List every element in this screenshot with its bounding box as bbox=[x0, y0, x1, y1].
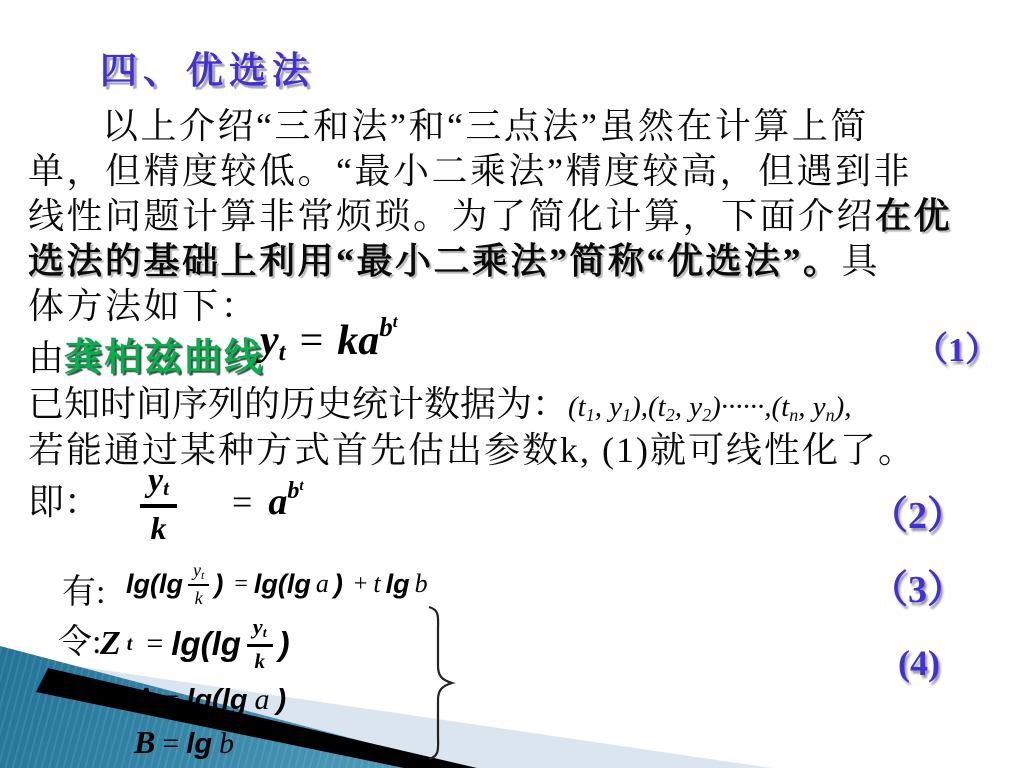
sub-t: t bbox=[201, 568, 204, 582]
lg-operator: lg bbox=[386, 569, 410, 600]
var-y: y bbox=[148, 462, 163, 499]
paragraph-text: 体方法如下： bbox=[28, 286, 259, 326]
sup-t: t bbox=[299, 478, 303, 494]
var-t: t bbox=[373, 569, 380, 599]
paragraph-text: 具 bbox=[842, 241, 881, 281]
close-paren: ) bbox=[334, 569, 343, 600]
lg-operator: lg(lg bbox=[254, 569, 311, 600]
equals-sign: = bbox=[162, 683, 179, 717]
var-a: a bbox=[254, 683, 269, 717]
lg-operator: lg(lg bbox=[171, 625, 241, 663]
close-paren: ) bbox=[276, 684, 286, 717]
seq-part: ), bbox=[835, 391, 852, 423]
sub-t: t bbox=[279, 339, 286, 366]
paragraph-line: 线性问题计算非常烦琐。为了简化计算，下面介绍在优 bbox=[28, 194, 1022, 239]
series-sequence: (t1, y1),(t2, y2)······,(tn, yn), bbox=[568, 391, 852, 423]
paragraph-bold-text: 选法的基础上利用“最小二乘法”简称“优选法”。 bbox=[28, 241, 842, 281]
sup-b: b bbox=[287, 478, 299, 504]
sub-t: t bbox=[127, 633, 133, 656]
paragraph-bold-text: 在优 bbox=[875, 196, 952, 236]
sub-t: t bbox=[163, 476, 169, 500]
lead-text: 由 bbox=[28, 338, 64, 378]
slide-title: 四、优选法 bbox=[100, 40, 315, 94]
eq3-lead: 有: bbox=[62, 564, 105, 613]
sub-t: t bbox=[263, 626, 267, 641]
close-paren: ) bbox=[214, 569, 223, 600]
var-k: k bbox=[255, 647, 266, 674]
eq-label-2: （2） bbox=[870, 484, 965, 539]
var-b: b bbox=[219, 727, 234, 761]
paragraph-line: 单，但精度较低。“最小二乘法”精度较高，但遇到非 bbox=[28, 149, 1022, 194]
paragraph-text: 以上介绍“三和法”和“三点法”虽然在计算上简 bbox=[102, 106, 869, 146]
series-data-line: 已知时间序列的历史统计数据为：(t1, y1),(t2, y2)······,(… bbox=[28, 376, 852, 427]
gompertz-curve-name: 龚柏兹曲线 bbox=[64, 337, 264, 379]
eq2-right-side: =abt bbox=[232, 478, 303, 524]
seq-part: , y bbox=[798, 391, 825, 423]
eq4-lead: 令: bbox=[58, 614, 101, 663]
eq-label-4: (4) bbox=[898, 642, 940, 684]
var-y: y bbox=[260, 318, 279, 364]
seq-part: ),(t bbox=[631, 391, 666, 423]
var-b: b bbox=[415, 569, 428, 599]
seq-part: (t bbox=[568, 391, 586, 423]
gompertz-curve-line: 由龚柏兹曲线 bbox=[28, 326, 264, 381]
eq2-lead: 即： bbox=[28, 474, 100, 525]
seq-part: , y bbox=[675, 391, 702, 423]
paragraph-text: 单，但精度较低。“最小二乘法”精度较高，但遇到非 bbox=[28, 151, 912, 191]
grouping-brace bbox=[424, 604, 458, 764]
var-Z: Z bbox=[100, 625, 121, 663]
paragraph-line: 以上介绍“三和法”和“三点法”虽然在计算上简 bbox=[28, 104, 1022, 149]
lg-operator: lg(lg bbox=[186, 684, 247, 717]
equals-sign: = bbox=[146, 627, 163, 661]
var-B: B bbox=[134, 724, 155, 761]
equals-sign: = bbox=[234, 571, 248, 598]
seq-part: , y bbox=[595, 391, 622, 423]
equals-sign: = bbox=[232, 482, 252, 522]
sup-b: b bbox=[379, 312, 393, 342]
equals-sign: = bbox=[162, 727, 179, 761]
seq-part: )······,(t bbox=[711, 391, 789, 423]
plus-sign: + bbox=[354, 571, 368, 598]
var-y: y bbox=[253, 614, 263, 639]
formula-B: B = lg b bbox=[134, 724, 241, 761]
var-y: y bbox=[193, 560, 201, 580]
var-ka: ka bbox=[337, 318, 379, 364]
formula-gompertz: yt=kabt bbox=[260, 312, 398, 367]
eq2-fraction: ytk bbox=[140, 462, 177, 547]
var-a: a bbox=[316, 569, 329, 599]
paragraph-text: 线性问题计算非常烦琐。为了简化计算，下面介绍 bbox=[28, 196, 875, 236]
eq-label-1: （1） bbox=[914, 322, 999, 371]
var-k: k bbox=[150, 508, 166, 547]
sup-t: t bbox=[393, 312, 398, 331]
series-lead-text: 已知时间序列的历史统计数据为： bbox=[28, 384, 568, 424]
lg-operator: lg bbox=[186, 728, 212, 761]
close-paren: ) bbox=[279, 625, 290, 663]
lg-operator: lg(lg bbox=[126, 569, 183, 600]
body-paragraph: 以上介绍“三和法”和“三点法”虽然在计算上简 单，但精度较低。“最小二乘法”精度… bbox=[28, 104, 1022, 329]
paragraph-line: 体方法如下： bbox=[28, 284, 1022, 329]
eq-label-3: （3） bbox=[870, 558, 965, 613]
equals-sign: = bbox=[300, 318, 324, 364]
formula-4: Z t = lg(lg ytk ) bbox=[100, 600, 296, 688]
paragraph-line: 选法的基础上利用“最小二乘法”简称“优选法”。具 bbox=[28, 239, 1022, 284]
slide-canvas: 四、优选法 以上介绍“三和法”和“三点法”虽然在计算上简 单，但精度较低。“最小… bbox=[0, 0, 1024, 768]
var-a: a bbox=[268, 481, 287, 523]
